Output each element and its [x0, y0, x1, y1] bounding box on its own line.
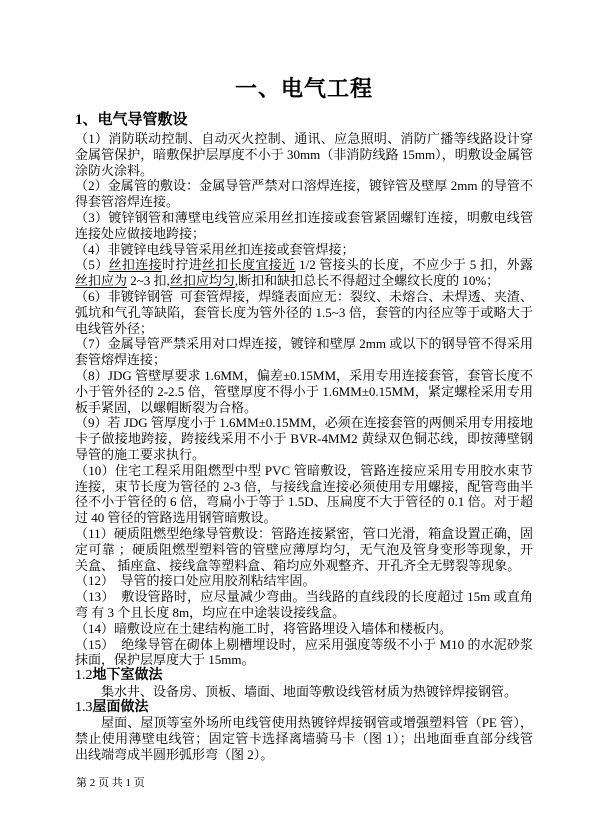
page-number: 第 2 页 共 1 页 [76, 777, 145, 790]
section-1-3-number: 1.3 [75, 700, 93, 715]
list-item-10: （10）住宅工程采用阻燃型中型 PVC 管暗敷设，管路连接应采用专用胶水束节连接… [75, 463, 533, 526]
list-item-3: （3）镀锌钢管和薄壁电线管应采用丝扣连接或套管紧固螺钉连接，明敷电线管连接处应做… [75, 210, 533, 242]
list-item-12: （12） 导管的接口处应用胶剂粘结牢固。 [75, 573, 533, 589]
list-item-14: （14）暗敷设应在土建结构施工时，将管路埋设入墙体和楼板内。 [75, 621, 533, 637]
list-item-8: （8）JDG 管壁厚要求 1.6MM，偏差±0.15MM，采用专用连接套管，套管… [75, 368, 533, 415]
list-item-2: （2）金属管的敷设：金属导管严禁对口溶焊连接，镀锌管及壁厚 2mm 的导管不得套… [75, 178, 533, 210]
list-item-7: （7）金属导管严禁采用对口焊连接，镀锌和壁厚 2mm 或以下的钢导管不得采用套管… [75, 336, 533, 368]
list-item-5: （5）丝扣连接时拧进丝扣长度宜接近 1/2 管接头的长度，不应少于 5 扣，外露… [75, 257, 533, 289]
underlined-segment: 丝扣连接 [109, 257, 162, 272]
list-item-13: （13） 敷设管路时，应尽量减少弯曲。当线路的直线段的长度超过 15m 或直角弯… [75, 589, 533, 621]
list-item-6: （6）非镀锌钢管 可套管焊接，焊缝表面应无：裂纹、未熔合、未焊透、夹渣、弧坑和气… [75, 289, 533, 336]
list-item-15: （15） 绝缘导管在砌体上剔槽埋设时，应采用强度等级不小于 M10 的水泥砂浆抹… [75, 637, 533, 669]
text-segment: （5） [75, 257, 109, 272]
text-segment: ,断扣和缺扣总长不得超过全螺纹长度的 10%； [235, 273, 499, 288]
section-1-heading: 1、电气导管敷设 [75, 110, 533, 131]
text-segment: 2~3 扣, [127, 273, 170, 288]
section-1-3-body: 屋面、屋顶等室外场所电线管使用热镀锌焊接钢管或增强塑料管（PE 管），禁止使用薄… [75, 715, 533, 762]
list-item-11: （11）硬质阻燃型绝缘导管敷设：管路连接紧密，管口光滑，箱盒设置正确，固定可靠 … [75, 526, 533, 573]
text-segment: 时拧进 [162, 257, 202, 272]
section-1-2-number: 1.2 [75, 668, 93, 683]
underlined-segment: 丝扣应均匀 [170, 273, 235, 288]
section-1-3-heading: 1.3屋面做法 [75, 700, 533, 716]
underlined-segment: 丝扣应为 [75, 273, 127, 288]
list-item-1: （1）消防联动控制、自动灭火控制、通讯、应急照明、消防广播等线路设计穿金属管保护… [75, 131, 533, 178]
text-segment: 1/2 管接头的长度，不应少于 5 扣，外露 [296, 257, 537, 272]
section-1-2-heading: 1.2地下室做法 [75, 668, 533, 684]
document-page: 一、电气工程 1、电气导管敷设 （1）消防联动控制、自动灭火控制、通讯、应急照明… [0, 0, 589, 838]
section-1-2-body: 集水井、设备房、顶板、墙面、地面等敷设线管材质为热镀锌焊接钢管。 [75, 684, 533, 700]
list-item-4: （4）非镀锌电线导管采用丝扣连接或套管焊接； [75, 242, 533, 258]
list-item-9: （9）若 JDG 管厚度小于 1.6MM±0.15MM，必须在连接套管的两侧采用… [75, 415, 533, 462]
document-title: 一、电气工程 [75, 74, 533, 104]
section-1-3-title-text: 屋面做法 [93, 700, 149, 715]
section-1-2-title-text: 地下室做法 [93, 668, 163, 683]
underlined-segment: 丝扣长度宜接近 [202, 257, 295, 272]
